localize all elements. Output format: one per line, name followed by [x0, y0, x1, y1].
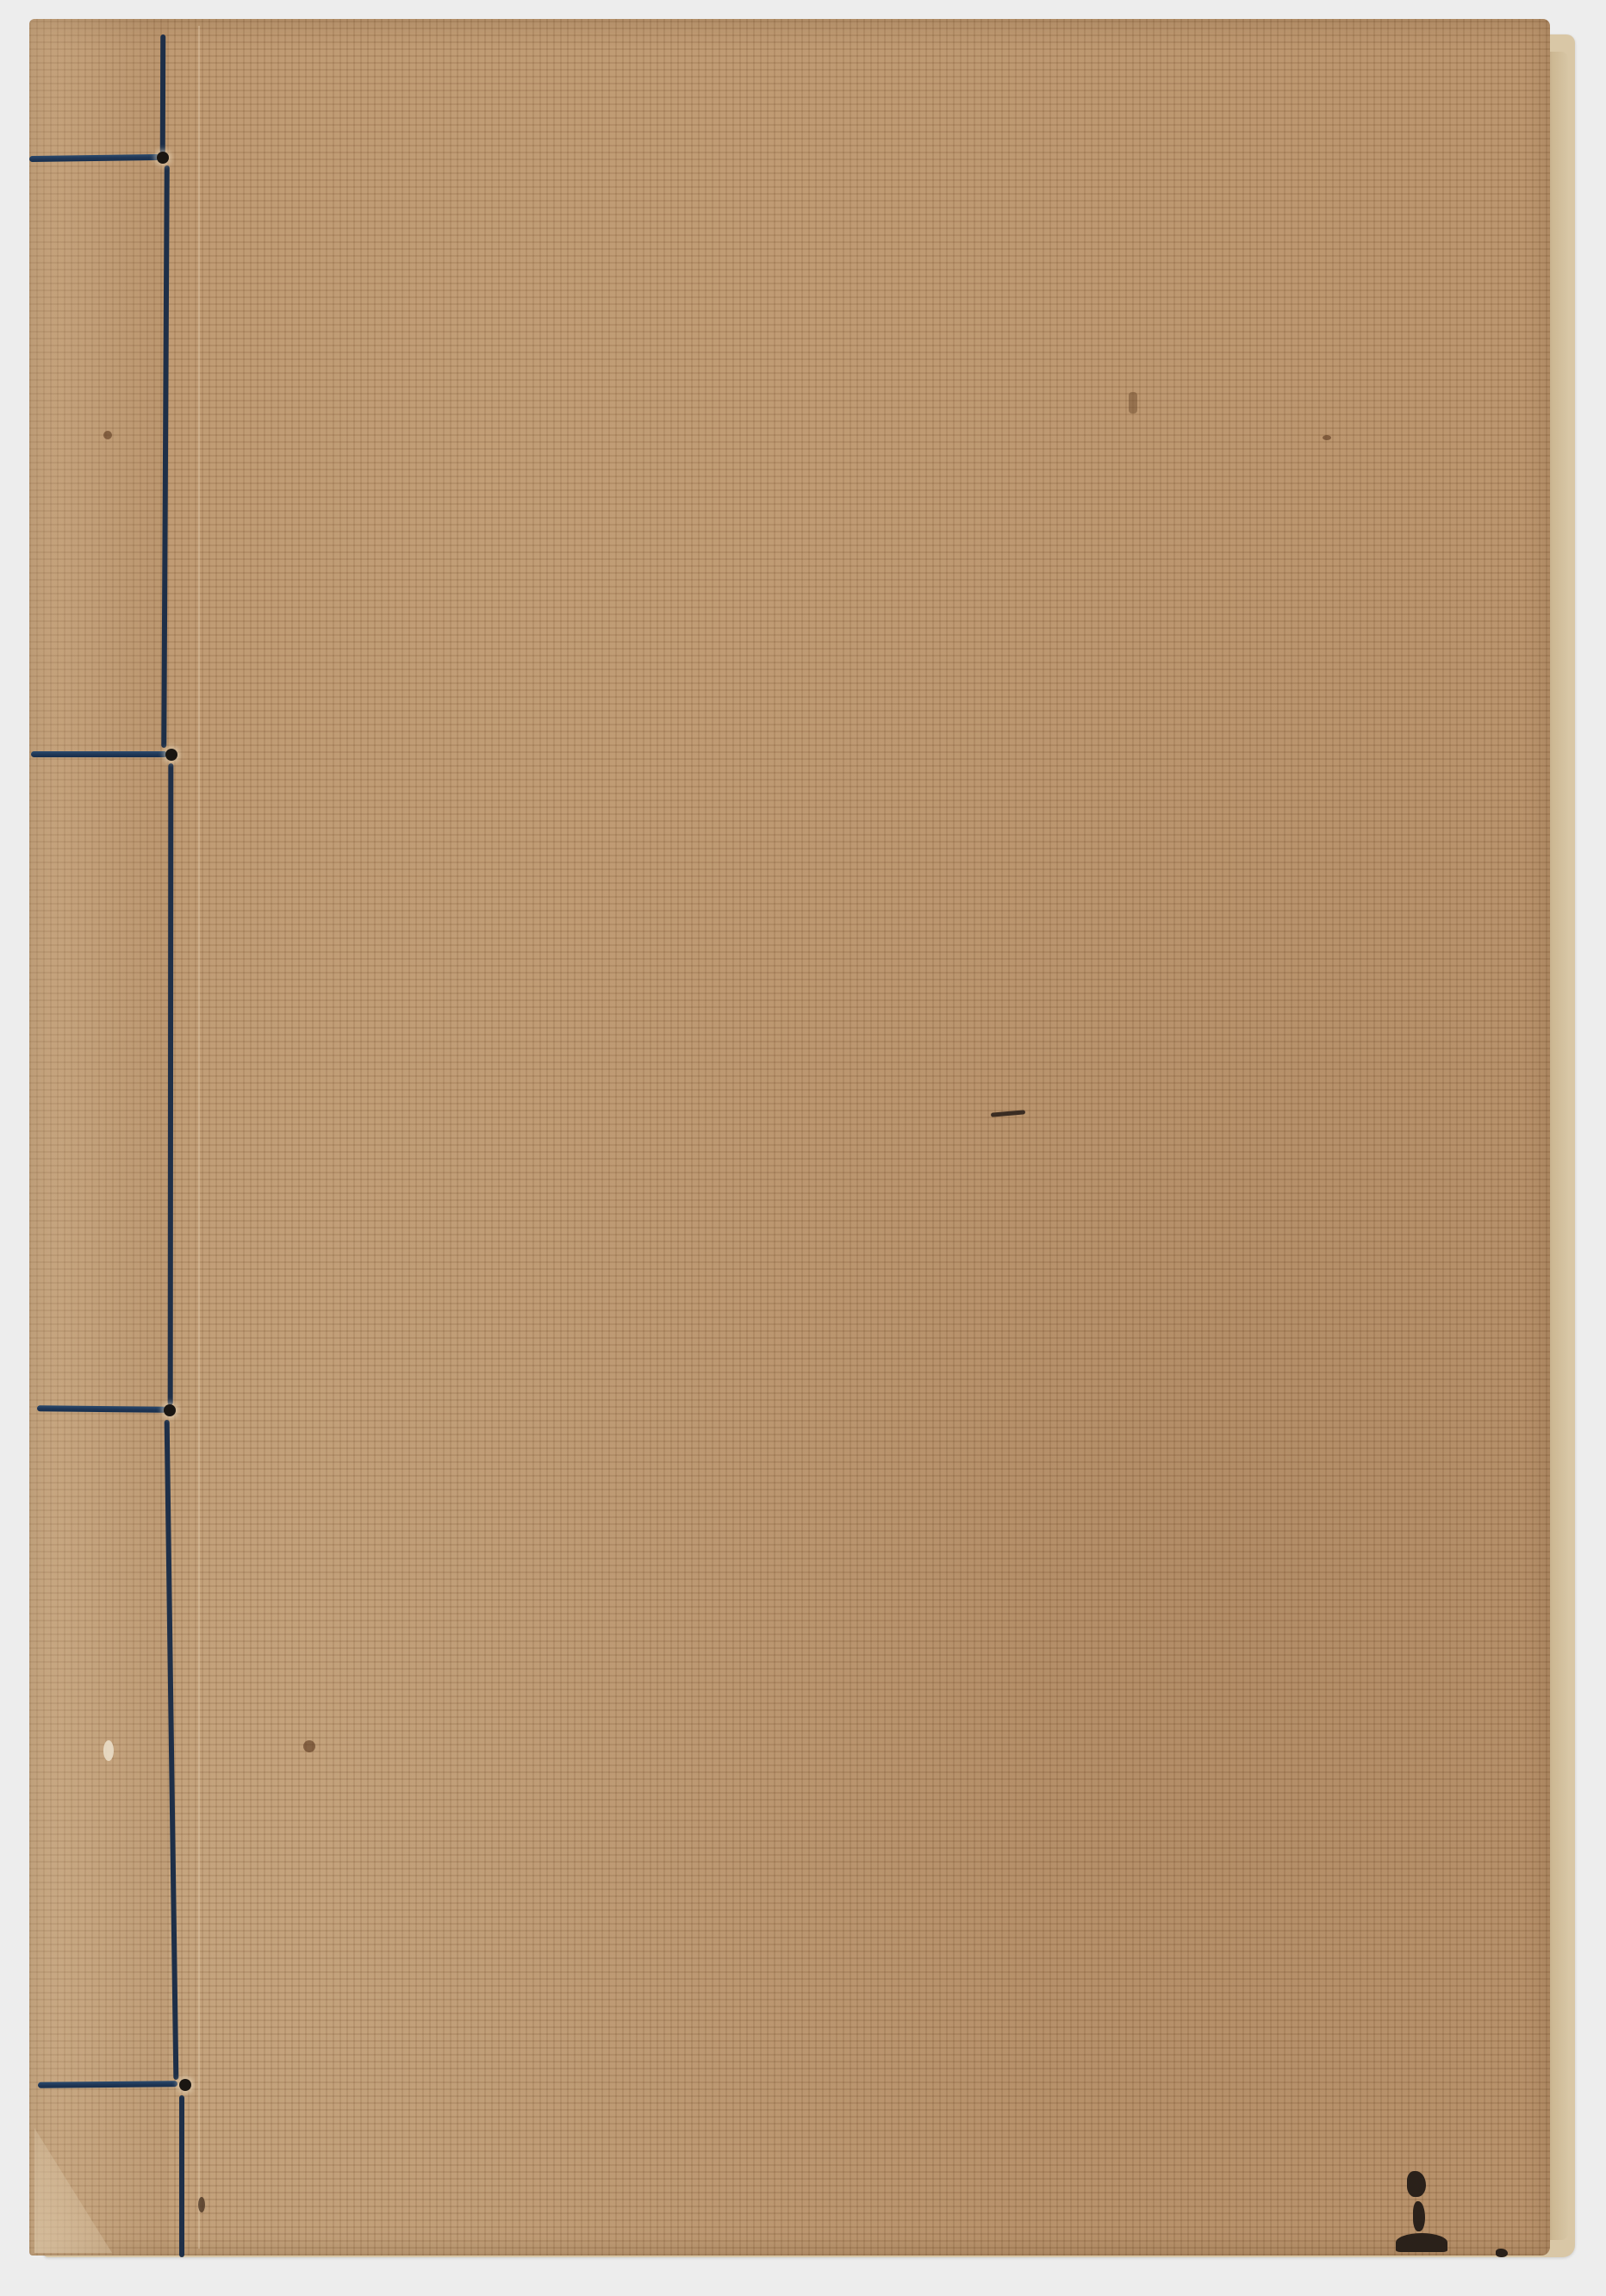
stitch-hole-4: [179, 2079, 191, 2091]
stitch-hole-1: [157, 152, 169, 164]
stitch-hole-2: [165, 749, 177, 761]
dark-stain: [1496, 2249, 1508, 2257]
spot: [303, 1740, 315, 1752]
spot: [103, 1740, 114, 1761]
dark-stain: [1407, 2171, 1426, 2197]
dark-stain: [1396, 2233, 1447, 2252]
dark-stain: [1413, 2201, 1425, 2231]
binding-stitch-2: [31, 751, 167, 757]
spine-strip: [29, 19, 167, 2256]
binding-thread-vertical: [168, 763, 174, 1405]
spot: [1129, 392, 1137, 414]
photo-scene: [0, 0, 1606, 2296]
binding-thread-vertical: [179, 2095, 184, 2257]
stitch-hole-3: [164, 1404, 176, 1416]
spot: [1323, 435, 1331, 440]
book-cover: [29, 19, 1550, 2256]
binding-thread-vertical: [160, 34, 165, 155]
cover-crease: [198, 26, 200, 2249]
spot: [103, 431, 112, 439]
spot: [198, 2197, 205, 2212]
